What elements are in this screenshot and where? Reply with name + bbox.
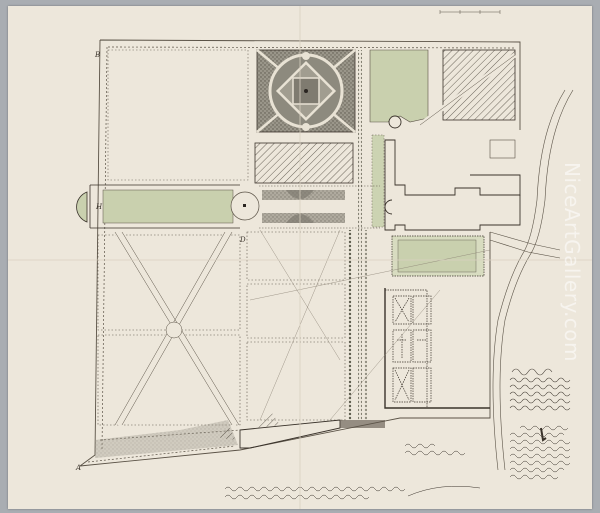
junction-label-d: D (239, 236, 246, 244)
handwritten-legend-1 (510, 369, 570, 410)
garden-wall (385, 288, 490, 408)
x-avenue-wood-left (98, 232, 240, 425)
garden-plan-drawing: A B H D (0, 0, 600, 513)
kitchen-garden-squares (385, 290, 431, 408)
hatched-bosquet-top-right (420, 50, 515, 125)
bastion-label-b: B (94, 51, 100, 59)
hatched-bosquet-middle (255, 143, 353, 183)
embroidered-parterres (262, 190, 345, 223)
handwritten-legend-2 (510, 426, 570, 479)
empty-field-top-left (108, 50, 248, 180)
watermark-text: NiceArtGallery.com (560, 162, 584, 362)
corner-label-a: A (75, 464, 81, 472)
palace-outline (385, 116, 520, 230)
small-building (490, 140, 515, 158)
watermark: NiceArtGallery.com (552, 160, 592, 360)
green-lawn-top (370, 50, 428, 227)
bottom-notes (225, 444, 480, 499)
small-green-parterre (392, 236, 484, 276)
parterre-de-broderie (257, 50, 355, 132)
scale-bar (440, 10, 500, 14)
axis-label-h: H (95, 203, 103, 211)
